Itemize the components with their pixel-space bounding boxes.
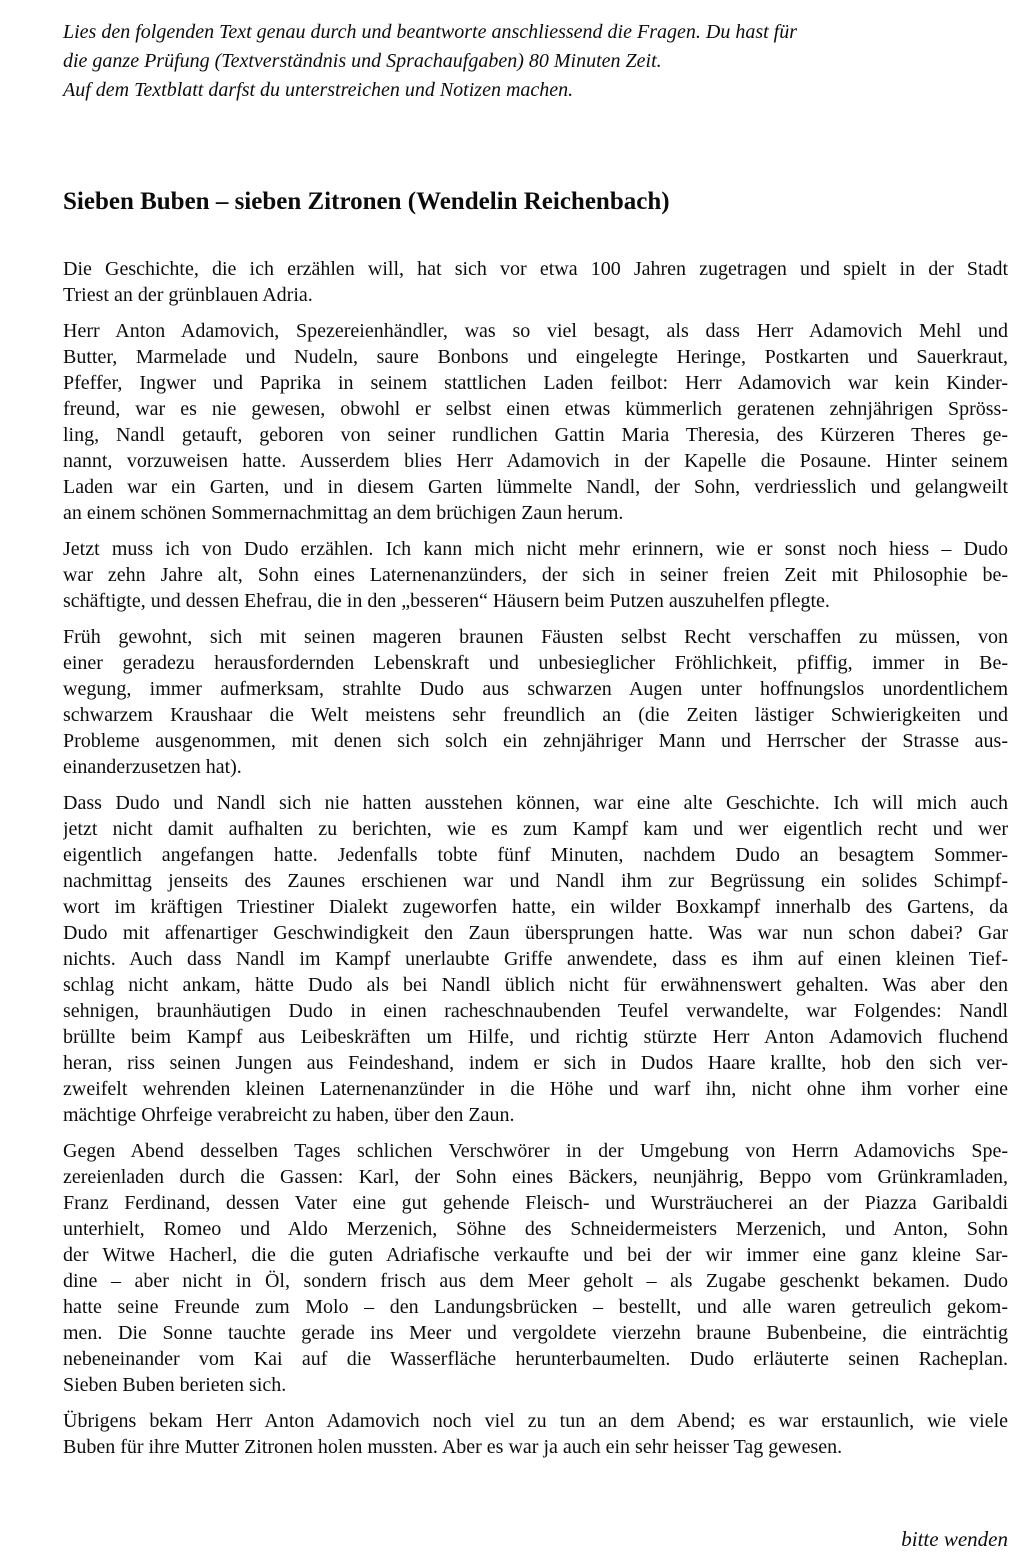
instruction-line-3: Auf dem Textblatt darfst du unterstreich… xyxy=(63,76,993,105)
text-line-content: Pfeffer, Ingwer und Paprika in seinem st… xyxy=(63,372,1008,394)
text-line-content: Gegen Abend desselben Tages schlichen Ve… xyxy=(63,1140,1008,1162)
text-line: 35Franz Ferdinand, dessen Vater eine gut… xyxy=(63,1190,1008,1216)
text-line-content: sehnigen, braunhäutigen Dudo in einen ra… xyxy=(63,1000,1008,1022)
instruction-line-2: die ganze Prüfung (Textverständnis und S… xyxy=(63,47,993,76)
text-line-content: an einem schönen Sommernachmittag an dem… xyxy=(63,502,623,524)
text-line: zereienladen durch die Gassen: Karl, der… xyxy=(63,1164,1008,1190)
text-line-content: eigentlich angefangen hatte. Jedenfalls … xyxy=(63,844,1008,866)
paragraph: Früh gewohnt, sich mit seinen mageren br… xyxy=(63,624,1008,780)
text-line: dine – aber nicht in Öl, sondern frisch … xyxy=(63,1268,1008,1294)
text-line: freund, war es nie gewesen, obwohl er se… xyxy=(63,396,1008,422)
paragraph: Gegen Abend desselben Tages schlichen Ve… xyxy=(63,1138,1008,1398)
text-line-content: zereienladen durch die Gassen: Karl, der… xyxy=(63,1166,1008,1188)
paragraph: 20Dass Dudo und Nandl sich nie hatten au… xyxy=(63,790,1008,1128)
text-line-content: Übrigens bekam Herr Anton Adamovich noch… xyxy=(63,1410,1008,1432)
text-line: Laden war ein Garten, und in diesem Gart… xyxy=(63,474,1008,500)
text-line: Früh gewohnt, sich mit seinen mageren br… xyxy=(63,624,1008,650)
text-line-content: Buben für ihre Mutter Zitronen holen mus… xyxy=(63,1436,842,1458)
text-line-content: schäftigte, und dessen Ehefrau, die in d… xyxy=(63,590,830,612)
text-line-content: zweifelt wehrenden kleinen Laternenanzün… xyxy=(63,1078,1008,1100)
text-line-content: nannt, vorzuweisen hatte. Ausserdem blie… xyxy=(63,450,1008,472)
text-line-content: Sieben Buben berieten sich. xyxy=(63,1374,286,1396)
text-body: Die Geschichte, die ich erzählen will, h… xyxy=(63,256,1008,1460)
text-line-content: men. Die Sonne tauchte gerade ins Meer u… xyxy=(63,1322,1008,1344)
text-line-content: Butter, Marmelade und Nudeln, saure Bonb… xyxy=(63,346,1008,368)
text-line: nachmittag jenseits des Zaunes erschiene… xyxy=(63,868,1008,894)
paragraph: Herr Anton Adamovich, Spezereienhändler,… xyxy=(63,318,1008,526)
text-line-content: war zehn Jahre alt, Sohn eines Laternena… xyxy=(63,564,1008,586)
text-line-content: nachmittag jenseits des Zaunes erschiene… xyxy=(63,870,1008,892)
text-line: war zehn Jahre alt, Sohn eines Laternena… xyxy=(63,562,1008,588)
text-line: 5Pfeffer, Ingwer und Paprika in seinem s… xyxy=(63,370,1008,396)
text-line: wort im kräftigen Triestiner Dialekt zug… xyxy=(63,894,1008,920)
text-line-content: hatte seine Freunde zum Molo – den Landu… xyxy=(63,1296,1008,1318)
paragraph: Jetzt muss ich von Dudo erzählen. Ich ka… xyxy=(63,536,1008,614)
text-line: nannt, vorzuweisen hatte. Ausserdem blie… xyxy=(63,448,1008,474)
text-line-content: Dudo mit affenartiger Geschwindigkeit de… xyxy=(63,922,1008,944)
text-line: 30heran, riss seinen Jungen aus Feindesh… xyxy=(63,1050,1008,1076)
text-line-content: brüllte beim Kampf aus Leibeskräften um … xyxy=(63,1026,1008,1048)
text-title: Sieben Buben – sieben Zitronen (Wendelin… xyxy=(63,188,1008,216)
text-line-content: der Witwe Hacherl, die die guten Adriafi… xyxy=(63,1244,1008,1266)
paragraph: Die Geschichte, die ich erzählen will, h… xyxy=(63,256,1008,308)
text-line-content: Dass Dudo und Nandl sich nie hatten auss… xyxy=(63,792,1008,814)
instruction-line-1: Lies den folgenden Text genau durch und … xyxy=(63,18,993,47)
text-line-content: wegung, immer aufmerksam, strahlte Dudo … xyxy=(63,678,1008,700)
text-line: Herr Anton Adamovich, Spezereienhändler,… xyxy=(63,318,1008,344)
text-line: Übrigens bekam Herr Anton Adamovich noch… xyxy=(63,1408,1008,1434)
text-line: Triest an der grünblauen Adria. xyxy=(63,282,1008,308)
text-line-content: freund, war es nie gewesen, obwohl er se… xyxy=(63,398,1008,420)
text-line-content: Triest an der grünblauen Adria. xyxy=(63,284,313,306)
text-line: ling, Nandl getauft, geboren von seiner … xyxy=(63,422,1008,448)
text-line: Gegen Abend desselben Tages schlichen Ve… xyxy=(63,1138,1008,1164)
text-line-content: einer geradezu herausfordernden Lebenskr… xyxy=(63,652,1008,674)
text-line: mächtige Ohrfeige verabreicht zu haben, … xyxy=(63,1102,1008,1128)
text-line: Die Geschichte, die ich erzählen will, h… xyxy=(63,256,1008,282)
text-line-content: Franz Ferdinand, dessen Vater eine gut g… xyxy=(63,1192,1008,1214)
text-line: Jetzt muss ich von Dudo erzählen. Ich ka… xyxy=(63,536,1008,562)
text-line: Butter, Marmelade und Nudeln, saure Bonb… xyxy=(63,344,1008,370)
text-line-content: dine – aber nicht in Öl, sondern frisch … xyxy=(63,1270,1008,1292)
text-line: 40men. Die Sonne tauchte gerade ins Meer… xyxy=(63,1320,1008,1346)
text-line: 15einer geradezu herausfordernden Lebens… xyxy=(63,650,1008,676)
text-line-content: nichts. Auch dass Nandl im Kampf unerlau… xyxy=(63,948,1008,970)
turn-page-note: bitte wenden xyxy=(901,1526,1008,1552)
text-line: jetzt nicht damit aufhalten zu berichten… xyxy=(63,816,1008,842)
text-line-content: Früh gewohnt, sich mit seinen mageren br… xyxy=(63,626,1008,648)
text-line: 10an einem schönen Sommernachmittag an d… xyxy=(63,500,1008,526)
text-line-content: Die Geschichte, die ich erzählen will, h… xyxy=(63,258,1008,280)
text-line: schlag nicht ankam, hätte Dudo als bei N… xyxy=(63,972,1008,998)
text-line: Buben für ihre Mutter Zitronen holen mus… xyxy=(63,1434,1008,1460)
text-line-content: unterhielt, Romeo und Aldo Merzenich, Sö… xyxy=(63,1218,1008,1240)
document-page: Lies den folgenden Text genau durch und … xyxy=(0,0,1024,1558)
text-line: 20Dass Dudo und Nandl sich nie hatten au… xyxy=(63,790,1008,816)
text-line: wegung, immer aufmerksam, strahlte Dudo … xyxy=(63,676,1008,702)
text-line-content: Herr Anton Adamovich, Spezereienhändler,… xyxy=(63,320,1008,342)
text-line: nebeneinander vom Kai auf die Wasserfläc… xyxy=(63,1346,1008,1372)
text-line-content: heran, riss seinen Jungen aus Feindeshan… xyxy=(63,1052,1008,1074)
text-line: Sieben Buben berieten sich. xyxy=(63,1372,1008,1398)
text-line: schwarzem Kraushaar die Welt meistens se… xyxy=(63,702,1008,728)
text-line-content: Jetzt muss ich von Dudo erzählen. Ich ka… xyxy=(63,538,1008,560)
text-line-content: schwarzem Kraushaar die Welt meistens se… xyxy=(63,704,1008,726)
text-line-content: nebeneinander vom Kai auf die Wasserfläc… xyxy=(63,1348,1008,1370)
exam-instructions: Lies den folgenden Text genau durch und … xyxy=(63,0,993,105)
text-line: sehnigen, braunhäutigen Dudo in einen ra… xyxy=(63,998,1008,1024)
text-line: Probleme ausgenommen, mit denen sich sol… xyxy=(63,728,1008,754)
text-line: eigentlich angefangen hatte. Jedenfalls … xyxy=(63,842,1008,868)
text-line-content: jetzt nicht damit aufhalten zu berichten… xyxy=(63,818,1008,840)
text-line: der Witwe Hacherl, die die guten Adriafi… xyxy=(63,1242,1008,1268)
text-line-content: ling, Nandl getauft, geboren von seiner … xyxy=(63,424,1008,446)
text-line: nichts. Auch dass Nandl im Kampf unerlau… xyxy=(63,946,1008,972)
text-line: unterhielt, Romeo und Aldo Merzenich, Sö… xyxy=(63,1216,1008,1242)
text-line-content: einanderzusetzen hat). xyxy=(63,756,242,778)
text-line: hatte seine Freunde zum Molo – den Landu… xyxy=(63,1294,1008,1320)
text-line: schäftigte, und dessen Ehefrau, die in d… xyxy=(63,588,1008,614)
text-line-content: Laden war ein Garten, und in diesem Gart… xyxy=(63,476,1008,498)
text-line: brüllte beim Kampf aus Leibeskräften um … xyxy=(63,1024,1008,1050)
paragraph: Übrigens bekam Herr Anton Adamovich noch… xyxy=(63,1408,1008,1460)
text-line-content: Probleme ausgenommen, mit denen sich sol… xyxy=(63,730,1008,752)
text-line-content: schlag nicht ankam, hätte Dudo als bei N… xyxy=(63,974,1008,996)
text-line: zweifelt wehrenden kleinen Laternenanzün… xyxy=(63,1076,1008,1102)
text-line: 25Dudo mit affenartiger Geschwindigkeit … xyxy=(63,920,1008,946)
text-line-content: wort im kräftigen Triestiner Dialekt zug… xyxy=(63,896,1008,918)
text-line-content: mächtige Ohrfeige verabreicht zu haben, … xyxy=(63,1104,514,1126)
text-line: einanderzusetzen hat). xyxy=(63,754,1008,780)
